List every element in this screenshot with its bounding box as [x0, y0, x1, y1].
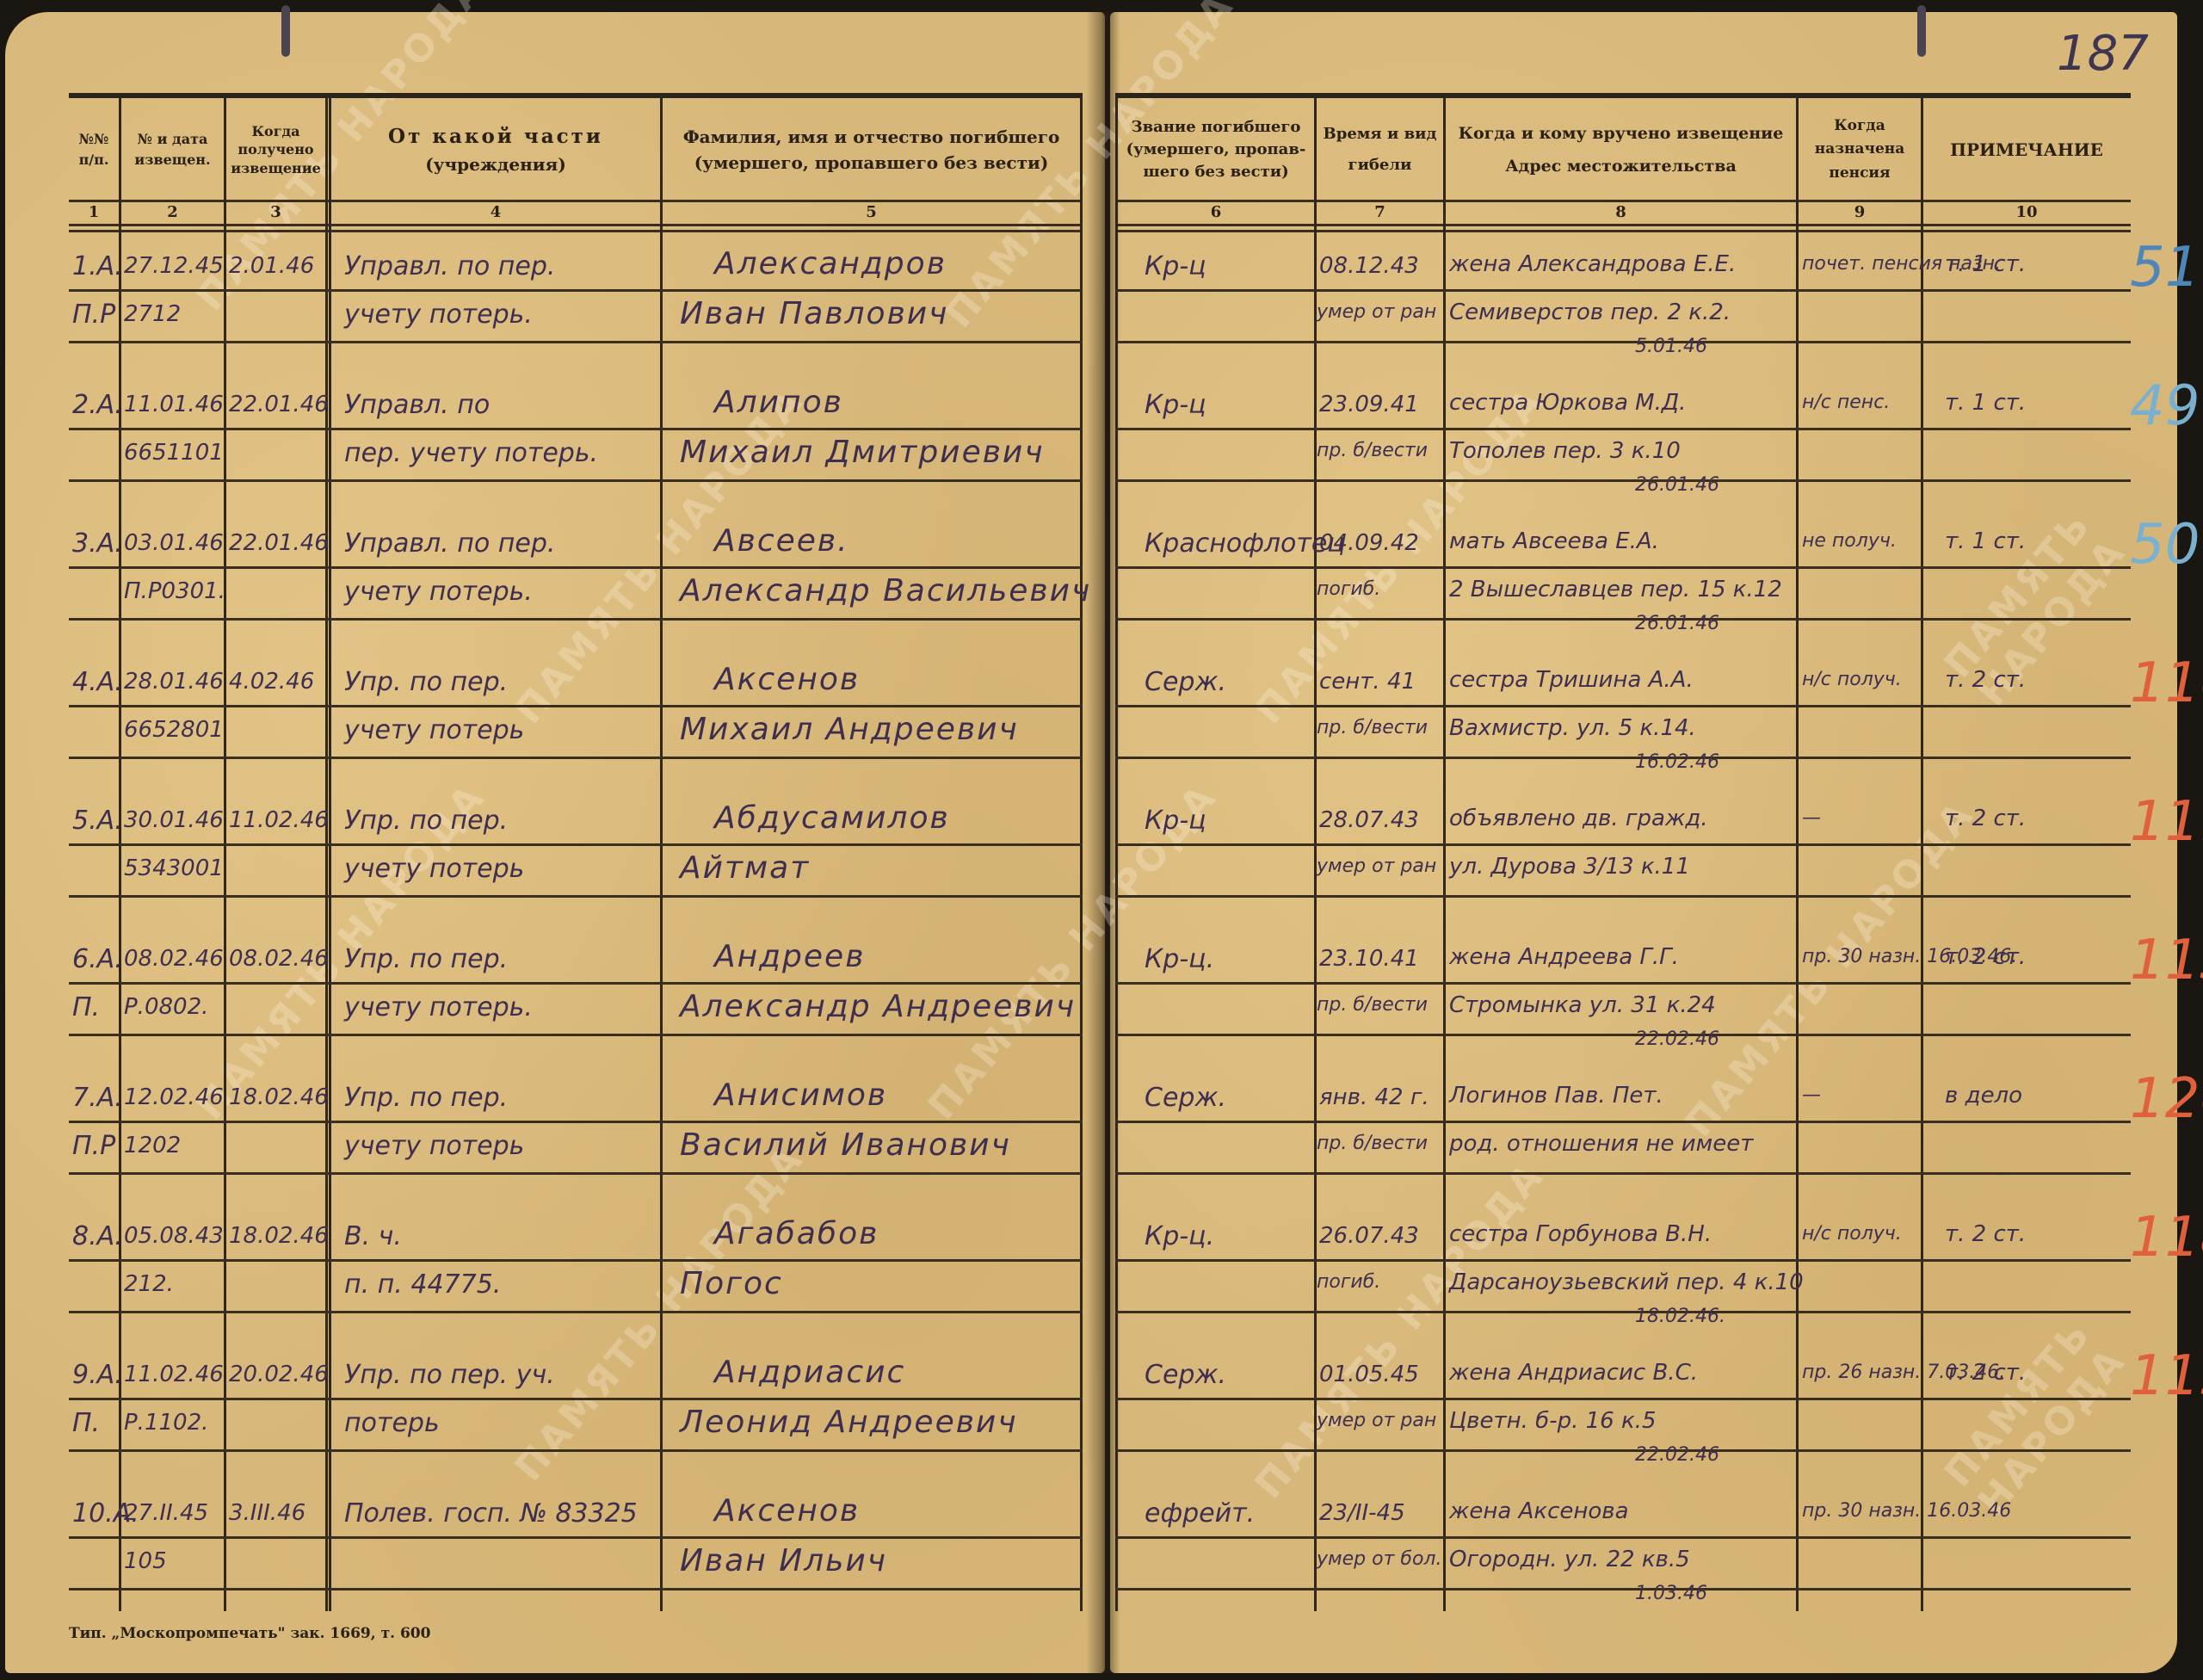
cell-notice2: 6652801: [124, 717, 224, 743]
cell-note: т. 1 ст.: [1945, 528, 2026, 554]
header-text: Адрес местожительства: [1505, 150, 1737, 182]
row-rule: [1115, 618, 2131, 621]
cell-delivered: 26.01.46: [1635, 474, 1719, 496]
header-text: п/п.: [79, 150, 109, 170]
header-text: № и дата: [138, 129, 208, 150]
cell-delivered: 26.01.46: [1635, 613, 1719, 634]
colnum-rule: [1115, 224, 2131, 226]
cell-unit: Упр. по пер.: [344, 806, 508, 836]
row-rule: [69, 843, 1083, 846]
cell-rank: Кр-ц.: [1145, 1221, 1214, 1251]
cell-recipient: жена Александрова Е.Е.: [1449, 251, 1736, 277]
cell-unit2: учету потерь: [344, 854, 524, 884]
cell-death: 23.09.41: [1319, 392, 1419, 417]
colnum-rule: [69, 224, 1083, 226]
header-rule: [69, 200, 1083, 202]
row-rule: [69, 479, 1083, 482]
row-rule: [1115, 566, 2131, 569]
cell-received: 11.02.46: [229, 807, 329, 833]
cell-death2: погиб.: [1317, 1271, 1380, 1293]
cell-num: 1.А.: [72, 251, 123, 281]
cell-given: Василий Иванович: [680, 1127, 1011, 1163]
cell-death: 08.12.43: [1319, 253, 1419, 279]
row-rule: [69, 1588, 1083, 1590]
cell-given: Александр Васильевич: [680, 573, 1091, 608]
header-col-3: Когда получено извещение: [226, 100, 325, 200]
cell-rank: Краснофлотец: [1145, 528, 1345, 559]
cell-num2: П.Р: [72, 1131, 115, 1161]
column-number: 8: [1446, 203, 1796, 221]
row-rule: [69, 1398, 1083, 1400]
column-number: 7: [1317, 203, 1443, 221]
cell-note: т. 2 ст.: [1945, 1360, 2026, 1386]
cell-death2: умер от ран: [1317, 301, 1436, 323]
cell-received: 18.02.46: [229, 1223, 329, 1249]
cell-death: сент. 41: [1319, 669, 1416, 695]
cell-given: Иван Ильич: [680, 1543, 887, 1578]
cell-num: 4.А.: [72, 667, 123, 697]
row-rule: [69, 1259, 1083, 1262]
cell-num: 7.А.: [72, 1083, 123, 1113]
cell-given: Михаил Дмитриевич: [680, 435, 1045, 470]
cell-note: в дело: [1945, 1083, 2022, 1109]
header-col-7: Время и вид гибели: [1317, 100, 1443, 200]
cell-notice: 27.II.45: [124, 1500, 208, 1526]
cell-num: 9.А.: [72, 1360, 123, 1390]
margin-mark: 110.: [2130, 652, 2203, 715]
row-rule: [1115, 1398, 2131, 1400]
cell-unit2: учету потерь: [344, 715, 524, 745]
cell-received: 08.02.46: [229, 946, 329, 972]
row-rule: [69, 982, 1083, 985]
header-text: извещен.: [134, 150, 210, 170]
header-col-8: Когда и кому вручено извещение Адрес мес…: [1446, 100, 1796, 200]
cell-rank: Кр-ц: [1145, 806, 1206, 836]
header-text: (умершего, пропавшего без вести): [694, 150, 1049, 176]
cell-address: Цветн. б-р. 16 к.5: [1449, 1408, 1657, 1434]
column-divider: [1080, 96, 1083, 1611]
cell-rank: Серж.: [1145, 1360, 1226, 1390]
header-text: шего без вести): [1143, 161, 1288, 183]
cell-note: т. 1 ст.: [1945, 251, 2026, 277]
row-rule: [1115, 1311, 2131, 1313]
cell-surname: Агабабов: [714, 1216, 879, 1251]
row-rule: [69, 1536, 1083, 1539]
cell-pension: пр. 30 назн. 16.03.46: [1802, 1500, 2011, 1522]
cell-pension: —: [1802, 807, 1821, 829]
cell-pension: н/с получ.: [1802, 1223, 1902, 1245]
row-rule: [69, 1034, 1083, 1036]
cell-notice2: 105: [124, 1548, 167, 1574]
cell-notice2: Р.1102.: [124, 1410, 208, 1436]
column-divider: [660, 96, 663, 1611]
cell-notice: 30.01.46: [124, 807, 224, 833]
cell-note: т. 2 ст.: [1945, 667, 2026, 693]
cell-rank: Кр-ц: [1145, 251, 1206, 281]
row-rule: [69, 895, 1083, 898]
table-top-rule: [69, 93, 1083, 98]
cell-delivered: 22.02.46: [1635, 1028, 1719, 1050]
cell-death: 23/II-45: [1319, 1500, 1405, 1526]
cell-notice: 11.02.46: [124, 1362, 224, 1387]
header-text: Когда: [251, 122, 299, 141]
cell-unit2: п. п. 44775.: [344, 1269, 501, 1300]
cell-given: Михаил Андреевич: [680, 712, 1019, 747]
cell-delivered: 22.02.46: [1635, 1444, 1719, 1466]
cell-num: 3.А.: [72, 528, 123, 559]
cell-notice2: 212.: [124, 1271, 174, 1297]
header-text: Время и вид: [1324, 119, 1437, 150]
column-divider: [224, 96, 226, 1611]
header-col-10: ПРИМЕЧАНИЕ: [1923, 100, 2130, 200]
cell-unit2: учету потерь.: [344, 300, 533, 330]
header-text: ПРИМЕЧАНИЕ: [1950, 137, 2103, 163]
header-text: №№: [79, 129, 109, 150]
cell-num: 2.А.: [72, 390, 123, 420]
cell-notice: 28.01.46: [124, 669, 224, 695]
row-rule: [1115, 1449, 2131, 1452]
cell-notice2: 2712: [124, 301, 181, 327]
cell-note: т. 2 ст.: [1945, 806, 2026, 831]
cell-recipient: объявлено дв. гражд.: [1449, 806, 1708, 831]
cell-address: Огородн. ул. 22 кв.5: [1449, 1547, 1690, 1572]
cell-notice2: Р.0802.: [124, 994, 208, 1020]
cell-delivered: 18.02.46.: [1635, 1306, 1725, 1327]
cell-notice: 08.02.46: [124, 946, 224, 972]
header-rule: [1115, 200, 2131, 202]
cell-unit2: потерь: [344, 1408, 440, 1438]
row-rule: [69, 757, 1083, 759]
cell-received: 22.01.46: [229, 530, 329, 556]
header-text: (умершего, пропав-: [1126, 139, 1306, 161]
cell-given: Иван Павлович: [680, 296, 948, 331]
row-rule: [69, 341, 1083, 343]
row-rule: [1115, 843, 2131, 846]
page-number: 187: [2057, 26, 2149, 82]
cell-surname: Андреев: [714, 939, 865, 974]
column-divider: [1443, 96, 1446, 1611]
cell-pension: не получ.: [1802, 530, 1897, 552]
cell-given: Айтмат: [680, 850, 810, 886]
row-rule: [1115, 1259, 2131, 1262]
cell-notice: 03.01.46: [124, 530, 224, 556]
cell-num2: П.: [72, 992, 100, 1022]
cell-received: 18.02.46: [229, 1084, 329, 1110]
header-col-5: Фамилия, имя и отчество погибшего (умерш…: [663, 100, 1080, 200]
column-number: 4: [331, 203, 660, 221]
cell-unit2: учету потерь.: [344, 992, 533, 1022]
cell-received: 4.02.46: [229, 669, 314, 695]
cell-surname: Аксенов: [714, 662, 860, 697]
row-rule: [1115, 757, 2131, 759]
cell-unit: Полев. госп. № 83325: [344, 1498, 638, 1529]
cell-unit: Упр. по пер.: [344, 1083, 508, 1113]
header-text: получено: [238, 140, 313, 159]
cell-pension: н/с получ.: [1802, 669, 1902, 690]
cell-death: 04.09.42: [1319, 530, 1419, 556]
cell-recipient: жена Андриасис В.С.: [1449, 1360, 1698, 1386]
header-text: гибели: [1348, 150, 1412, 181]
margin-mark: 115: [2130, 1344, 2203, 1408]
margin-mark: 111: [2130, 790, 2203, 854]
column-number: 5: [663, 203, 1080, 221]
cell-surname: Абдусамилов: [714, 800, 950, 836]
cell-received: 3.III.46: [229, 1500, 305, 1526]
cell-note: т. 2 ст.: [1945, 944, 2026, 970]
cell-rank: Серж.: [1145, 1083, 1226, 1113]
row-rule: [1115, 1172, 2131, 1175]
margin-mark: 49: [2130, 374, 2200, 438]
cell-unit: Упр. по пер. уч.: [344, 1360, 555, 1390]
header-col-4: От какой части (учреждения): [331, 100, 660, 200]
row-rule: [69, 289, 1083, 292]
row-rule: [1115, 1536, 2131, 1539]
header-text: назначена: [1815, 138, 1904, 161]
cell-unit2: учету потерь.: [344, 577, 533, 607]
cell-surname: Аксенов: [714, 1493, 860, 1529]
cell-unit: Управл. по: [344, 390, 490, 420]
margin-mark: 51: [2130, 236, 2200, 300]
cell-unit: В. ч.: [344, 1221, 402, 1251]
cell-received: 22.01.46: [229, 392, 329, 417]
header-col-6: Звание погибшего (умершего, пропав- шего…: [1118, 100, 1314, 200]
cell-given: Погос: [680, 1266, 783, 1301]
row-rule: [1115, 1121, 2131, 1123]
column-number: 6: [1118, 203, 1314, 221]
column-divider: [1796, 96, 1799, 1611]
cell-unit: Управл. по пер.: [344, 251, 555, 281]
cell-address: Дарсаноузьевский пер. 4 к.10: [1449, 1269, 1804, 1295]
cell-recipient: сестра Горбунова В.Н.: [1449, 1221, 1712, 1247]
cell-notice: 05.08.43: [124, 1223, 224, 1249]
margin-mark: 120: [2130, 1067, 2203, 1131]
cell-rank: Серж.: [1145, 667, 1226, 697]
cell-given: Александр Андреевич: [680, 989, 1076, 1024]
cell-unit2: учету потерь: [344, 1131, 524, 1161]
cell-death2: умер от ран: [1317, 855, 1436, 877]
header-text: Фамилия, имя и отчество погибшего: [683, 124, 1060, 150]
header-text: От какой части: [388, 122, 603, 152]
header-col-2: № и дата извещен.: [121, 100, 224, 200]
cell-address: ул. Дурова 3/13 к.11: [1449, 854, 1690, 880]
cell-death: 01.05.45: [1319, 1362, 1419, 1387]
cell-unit: Упр. по пер.: [344, 667, 508, 697]
row-rule: [69, 1449, 1083, 1452]
cell-notice: 11.01.46: [124, 392, 224, 417]
row-rule: [69, 618, 1083, 621]
cell-surname: Анисимов: [714, 1078, 887, 1113]
cell-address: род. отношения не имеет: [1449, 1131, 1753, 1157]
cell-unit: Управл. по пер.: [344, 528, 555, 559]
cell-surname: Авсеев.: [714, 523, 849, 559]
cell-num2: П.Р: [72, 300, 115, 330]
cell-death: 26.07.43: [1319, 1223, 1419, 1249]
row-rule: [69, 566, 1083, 569]
cell-recipient: сестра Тришина А.А.: [1449, 667, 1694, 693]
header-text: Когда и кому вручено извещение: [1459, 117, 1784, 150]
cell-surname: Андриасис: [714, 1355, 905, 1390]
cell-death: 28.07.43: [1319, 807, 1419, 833]
cell-notice: 27.12.45: [124, 253, 224, 279]
header-text: Звание погибшего: [1132, 116, 1301, 139]
cell-death2: пр. б/вести: [1317, 994, 1428, 1016]
row-rule: [69, 705, 1083, 707]
cell-received: 2.01.46: [229, 253, 314, 279]
cell-delivered: 5.01.46: [1635, 336, 1707, 357]
header-col-1: №№ п/п.: [69, 100, 119, 200]
printer-imprint: Тип. „Москопромпечать" зак. 1669, т. 600: [69, 1625, 430, 1642]
cell-recipient: жена Аксенова: [1449, 1498, 1629, 1524]
cell-surname: Александров: [714, 246, 947, 281]
cell-recipient: мать Авсеева Е.А.: [1449, 528, 1659, 554]
row-rule: [1115, 289, 2131, 292]
cell-unit: Упр. по пер.: [344, 944, 508, 974]
cell-pension: —: [1802, 1084, 1821, 1106]
cell-rank: ефрейт.: [1145, 1498, 1255, 1529]
cell-death2: пр. б/вести: [1317, 1133, 1428, 1154]
cell-rank: Кр-ц: [1145, 390, 1206, 420]
cell-notice2: 1202: [124, 1133, 181, 1158]
cell-address: Стромынка ул. 31 к.24: [1449, 992, 1716, 1018]
column-divider: [329, 96, 331, 1611]
column-number: 3: [226, 203, 325, 221]
row-rule: [1115, 1588, 2131, 1590]
cell-note: т. 1 ст.: [1945, 390, 2026, 416]
cell-num: 6.А.: [72, 944, 123, 974]
cell-num: 8.А.: [72, 1221, 123, 1251]
colnum-rule: [69, 230, 1083, 232]
cell-note: т. 2 ст.: [1945, 1221, 2026, 1247]
row-rule: [69, 1172, 1083, 1175]
cell-rank: Кр-ц.: [1145, 944, 1214, 974]
cell-death2: умер от ран: [1317, 1410, 1436, 1431]
cell-given: Леонид Андреевич: [680, 1405, 1018, 1440]
binding-clip: [281, 5, 290, 57]
cell-unit2: пер. учету потерь.: [344, 438, 598, 468]
margin-mark: 50: [2130, 513, 2200, 577]
cell-notice2: 6651101: [124, 440, 224, 466]
row-rule: [1115, 895, 2131, 898]
header-text: пенсия: [1829, 162, 1890, 185]
row-rule: [1115, 428, 2131, 430]
header-text: Когда: [1834, 114, 1885, 138]
cell-recipient: жена Андреева Г.Г.: [1449, 944, 1679, 970]
cell-address: Тополев пер. 3 к.10: [1449, 438, 1681, 464]
cell-num: 5.А.: [72, 806, 123, 836]
cell-death2: пр. б/вести: [1317, 440, 1428, 461]
row-rule: [1115, 1034, 2131, 1036]
colnum-rule: [1115, 230, 2131, 232]
header-text: (учреждения): [425, 151, 566, 177]
cell-recipient: сестра Юркова М.Д.: [1449, 390, 1686, 416]
cell-death2: умер от бол.: [1317, 1548, 1441, 1570]
row-rule: [1115, 479, 2131, 482]
cell-address: 2 Вышеславцев пер. 15 к.12: [1449, 577, 1782, 602]
row-rule: [1115, 982, 2131, 985]
column-number: 10: [1923, 203, 2130, 221]
cell-received: 20.02.46: [229, 1362, 329, 1387]
cell-delivered: 16.02.46: [1635, 751, 1719, 773]
cell-death: янв. 42 г.: [1319, 1084, 1429, 1110]
margin-mark: 113: [2130, 929, 2203, 992]
cell-surname: Алипов: [714, 385, 843, 420]
row-rule: [69, 1121, 1083, 1123]
cell-address: Вахмистр. ул. 5 к.14.: [1449, 715, 1696, 741]
column-divider: [1314, 96, 1317, 1611]
cell-num2: П.: [72, 1408, 100, 1438]
cell-death2: пр. б/вести: [1317, 717, 1428, 738]
row-rule: [69, 428, 1083, 430]
cell-pension: н/с пенс.: [1802, 392, 1890, 413]
row-rule: [1115, 341, 2131, 343]
cell-notice: 12.02.46: [124, 1084, 224, 1110]
column-number: 9: [1799, 203, 1921, 221]
header-col-9: Когда назначена пенсия: [1799, 100, 1921, 200]
row-rule: [1115, 705, 2131, 707]
cell-delivered: 1.03.46: [1635, 1583, 1707, 1604]
cell-death: 23.10.41: [1319, 946, 1419, 972]
margin-mark: 118: [2130, 1206, 2203, 1269]
cell-address: Семиверстов пер. 2 к.2.: [1449, 300, 1731, 325]
table-top-rule: [1115, 93, 2131, 98]
cell-notice2: П.Р0301.: [124, 578, 225, 604]
header-text: извещение: [231, 159, 321, 178]
cell-notice2: 5343001: [124, 855, 224, 881]
cell-death2: погиб.: [1317, 578, 1380, 600]
column-number: 1: [69, 203, 119, 221]
row-rule: [69, 1311, 1083, 1313]
column-divider: [1115, 96, 1118, 1611]
column-number: 2: [121, 203, 224, 221]
column-divider: [1921, 96, 1923, 1611]
cell-recipient: Логинов Пав. Пет.: [1449, 1083, 1663, 1109]
binding-clip: [1917, 5, 1926, 57]
